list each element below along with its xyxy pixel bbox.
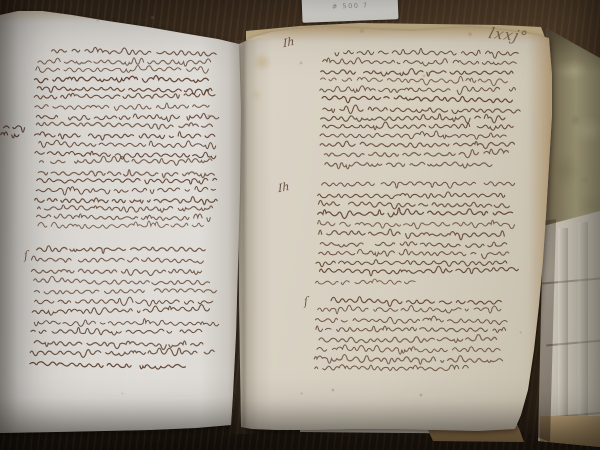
handwriting-line [32,256,204,263]
handwriting-line [323,105,520,114]
manuscript-photo: # 500 7 lxxj° IhIhſſ [0,0,600,450]
handwriting-line [37,246,205,254]
handwriting-line [35,103,214,110]
handwriting-line [317,345,504,354]
handwriting-line [34,319,218,327]
handwriting-line [38,170,214,178]
handwriting-line [39,140,216,149]
handwriting-line [34,289,216,294]
handwriting-line [30,348,214,357]
handwriting-line [314,355,502,365]
handwriting-line [323,122,514,130]
handwriting-line [325,162,492,169]
handwriting-line [324,149,508,158]
handwriting-line [4,126,25,132]
handwriting-line [318,208,513,219]
handwriting-line [318,220,515,229]
handwriting-line [32,305,209,315]
handwriting-line [32,269,202,275]
handwriting-line [318,192,505,199]
handwriting-line [322,182,515,188]
handwriting-line [40,156,212,165]
handwriting-line [35,297,213,306]
handwriting-line [36,113,218,121]
handwriting-line [319,249,509,258]
handwriting-line [320,86,516,95]
handwriting-line [35,151,216,159]
handwriting-line [34,90,215,98]
handwriting-line [35,132,215,140]
handwriting-line [323,58,517,66]
handwriting-line [31,327,202,335]
handwriting-line [320,131,506,139]
handwriting-line [52,47,217,56]
handwriting-line [34,341,203,350]
handwriting-line [320,266,519,276]
handwriting-line [321,114,505,123]
handwriting-line [36,66,209,74]
paragraph-mark: ſ [24,249,29,263]
handwriting-line [319,229,505,240]
handwriting-line [38,221,203,228]
handwriting-line [35,76,209,83]
handwriting-line [322,96,512,103]
handwriting-line [331,297,501,307]
handwriting-line [318,305,501,314]
handwriting-line [36,186,215,195]
handwriting-line [37,214,211,222]
handwriting-line [316,279,416,285]
handwriting-line [335,48,518,58]
handwriting-line [320,242,507,248]
handwriting-layer [0,0,600,450]
handwriting-line [321,76,508,85]
handwriting-line [38,205,213,212]
handwriting-line [35,197,217,205]
handwriting-line [1,132,19,138]
handwriting-line [321,69,513,77]
handwriting-line [319,335,497,343]
handwriting-line [30,362,185,369]
handwriting-line [37,178,217,184]
handwriting-line [315,365,469,371]
handwriting-line [316,260,507,267]
handwriting-line [316,326,506,332]
handwriting-line [315,316,507,324]
paragraph-mark: Ih [278,180,290,195]
handwriting-line [34,276,215,284]
handwriting-line [36,122,212,129]
paragraph-mark: Ih [283,35,295,50]
handwriting-line [319,200,510,208]
handwriting-line [38,58,211,66]
paragraph-mark: ſ [304,295,309,309]
handwriting-line [320,141,514,148]
